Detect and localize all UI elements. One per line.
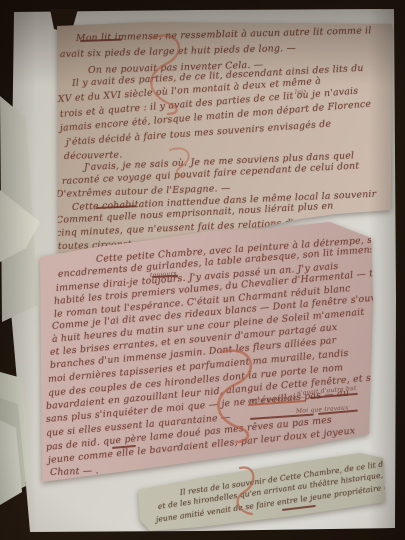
paper-shading: [0, 0, 405, 540]
strikethrough-mark: [282, 505, 316, 511]
manuscript-fragment-bottom: Il resta de la souvenir de Cette Chambre…: [0, 0, 405, 540]
photo-of-manuscript: Mon lit immense, ne ressemblait à aucun …: [0, 0, 405, 540]
fragment-bottom-wrap: Il resta de la souvenir de Cette Chambre…: [0, 0, 405, 540]
inserted-word: lui: [295, 88, 304, 96]
